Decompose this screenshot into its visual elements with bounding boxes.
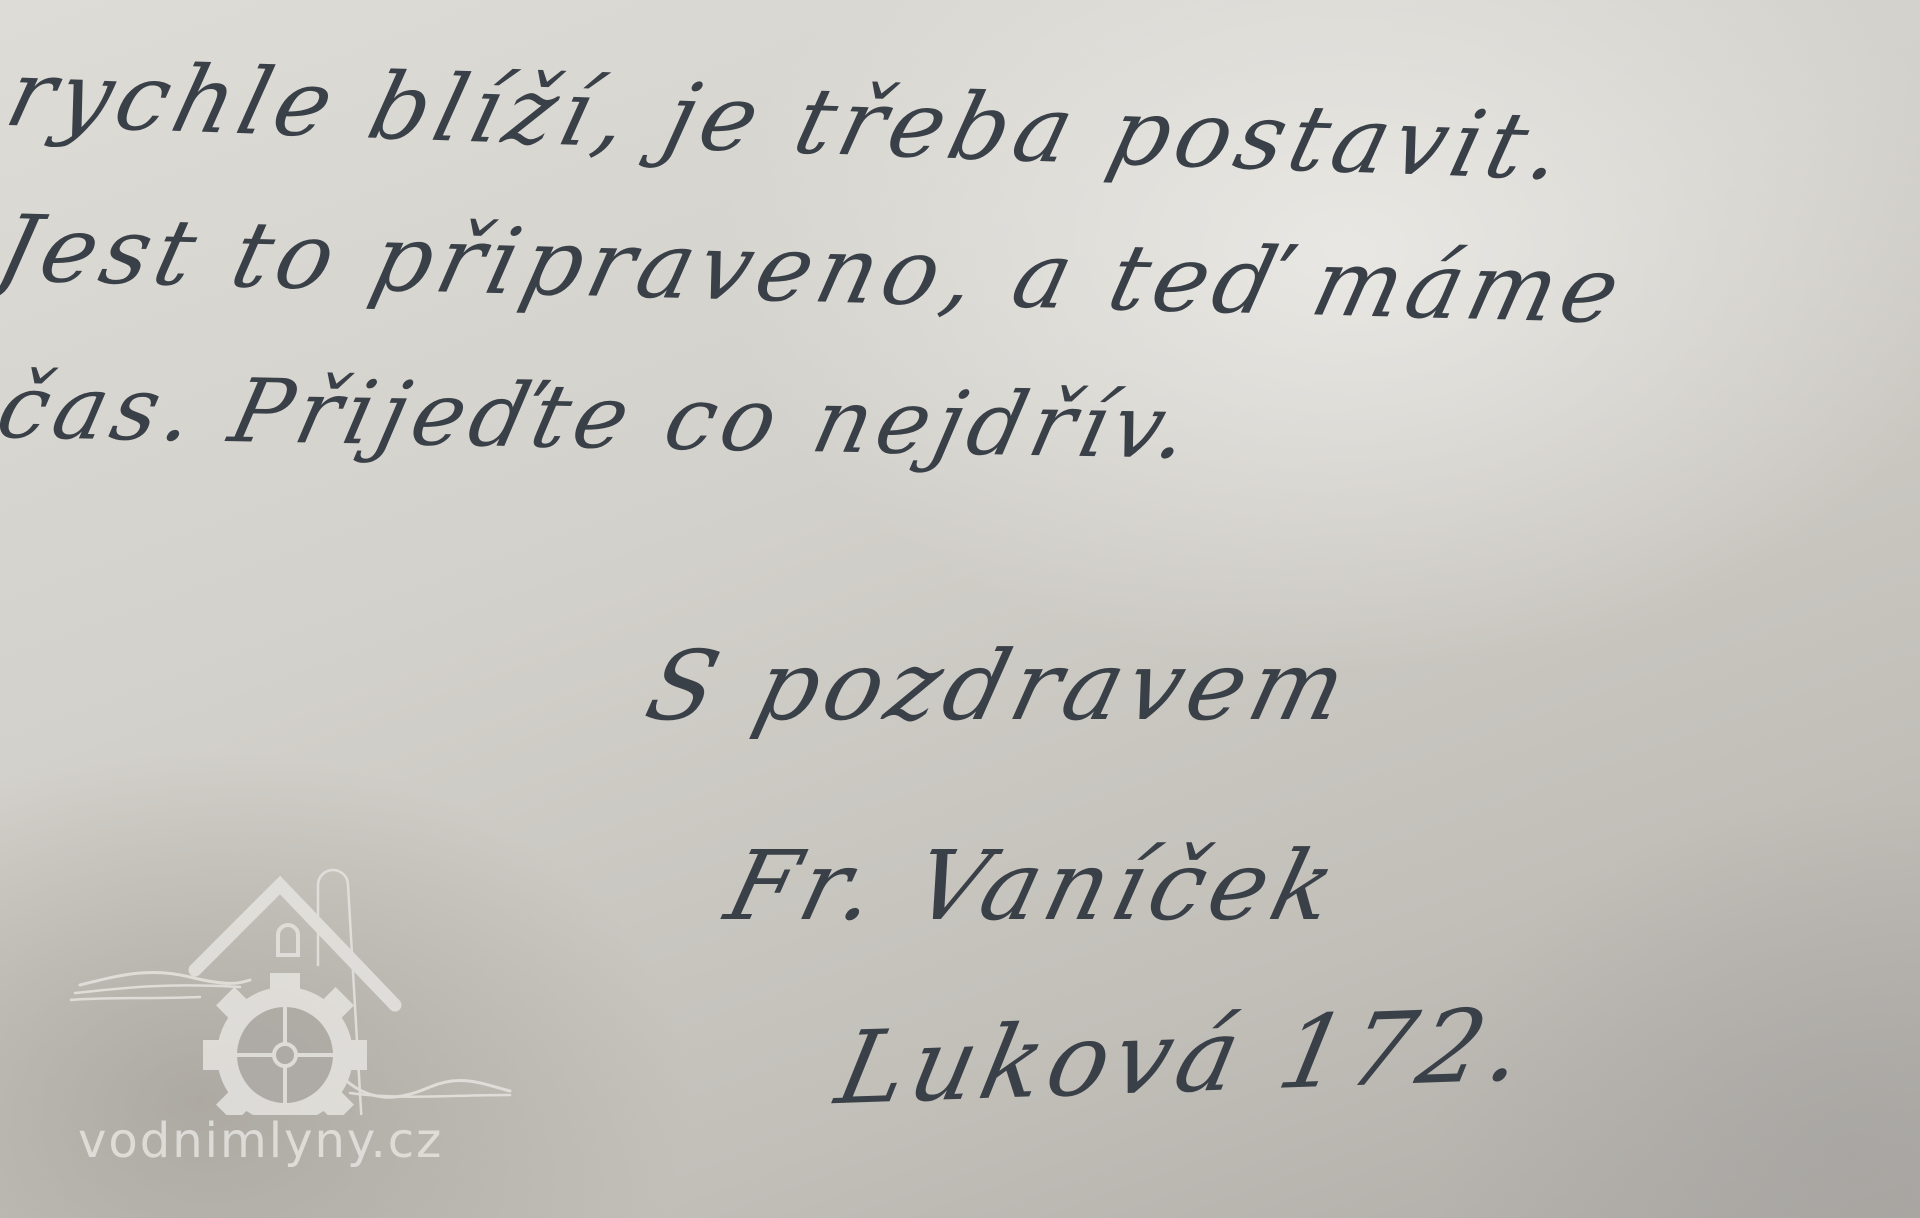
letter-line-3: čas. Přijeďte co nejdřív. bbox=[0, 355, 1205, 478]
letter-line-1: rychle blíží, je třeba postavit. bbox=[0, 40, 1580, 200]
letter-signature: Fr. Vaníček bbox=[716, 830, 1352, 942]
watermark: vodnimlyny.cz bbox=[70, 855, 540, 1195]
letter-closing: S pozdravem bbox=[636, 630, 1363, 742]
watermark-text: vodnimlyny.cz bbox=[78, 1113, 443, 1169]
letter-line-2: Jest to připraveno, a teď máme bbox=[0, 195, 1636, 344]
letter-address: Luková 172. bbox=[827, 986, 1540, 1128]
water-mill-icon bbox=[70, 855, 540, 1115]
